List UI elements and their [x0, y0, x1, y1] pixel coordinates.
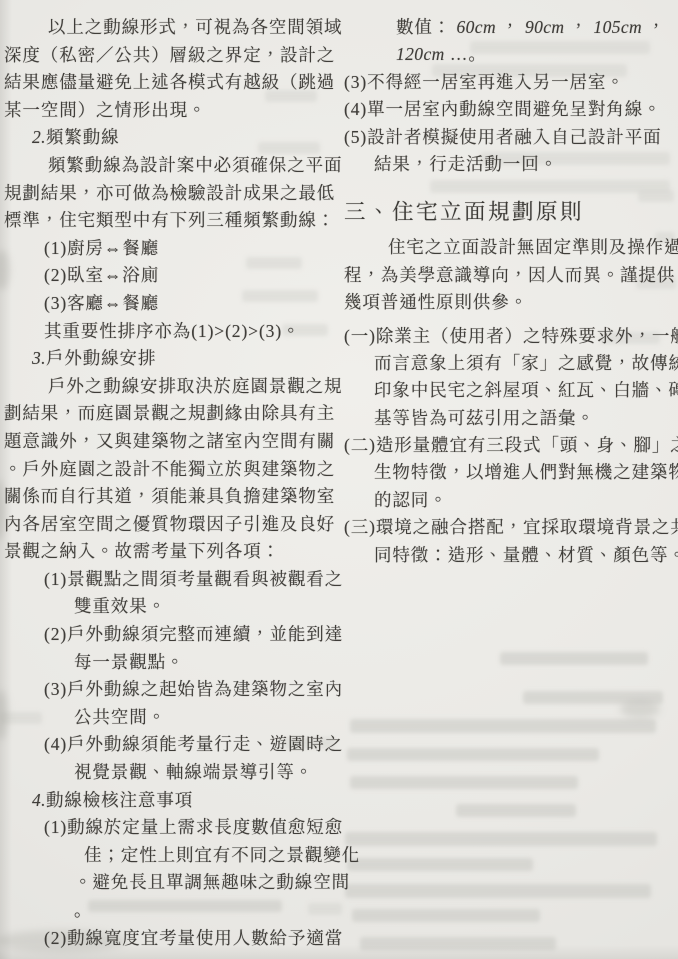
text-line: 的認同。 — [344, 487, 678, 514]
text-line: 某一空間）之情形出現。 — [4, 97, 342, 125]
text-line: 規劃結果，亦可做為檢驗設計成果之最低 — [4, 180, 342, 208]
text-line: 關係而自行其道，須能兼具負擔建築物室 — [4, 483, 342, 511]
text-line: 同特徵：造形、量體、材質、顏色等。 — [344, 542, 678, 569]
text-line: 幾項普通性原則供參。 — [344, 289, 678, 316]
text-line: 公共空間。 — [4, 704, 342, 732]
text-line: 程，為美學意識導向，因人而異。謹提供 — [344, 262, 678, 289]
text-segment: 頻繁動線 — [46, 127, 120, 147]
text-line: 數值： 60cm ， 90cm ， 105cm ， — [344, 14, 678, 41]
text-segment: ， — [496, 17, 525, 37]
latin-numeral-segment: 120cm — [396, 44, 445, 64]
text-line: 雙重效果。 — [4, 593, 342, 621]
text-line: 景觀之納入。故需考量下列各項： — [4, 538, 342, 566]
text-line: (2)動線寬度宜考量使用人數給予適當 — [4, 925, 342, 953]
text-line: (4)户外動線須能考量行走、遊園時之 — [4, 731, 342, 759]
text-line: 結果應儘量避免上述各模式有越級（跳過 — [4, 69, 342, 97]
text-line: 題意識外，又與建築物之諸室內空間有關 — [4, 428, 342, 456]
text-line: 生物特徵，以增進人們對無機之建築物 — [344, 459, 678, 486]
text-line: 結果，行走活動一回。 — [344, 151, 678, 178]
text-line: 。避免長且單調無趣味之動線空間 — [4, 869, 342, 897]
text-line: (1)廚房⇔餐廳 — [4, 235, 342, 263]
text-segment: ， — [642, 17, 666, 37]
text-line: (1)動線於定量上需求長度數值愈短愈 — [4, 814, 342, 842]
text-line: 視覺景觀、軸線端景導引等。 — [4, 759, 342, 787]
latin-numeral-segment: 60cm — [456, 17, 496, 37]
text-line: (5)設計者模擬使用者融入自己設計平面 — [344, 124, 678, 151]
text-line: 4.動線檢核注意事項 — [4, 787, 342, 815]
latin-numeral-segment: 2. — [32, 127, 46, 147]
text-line: 住宅之立面設計無固定準則及操作過 — [344, 234, 678, 261]
text-line: (4)單一居室內動線空間避免呈對角線。 — [344, 96, 678, 123]
text-line: 。 — [4, 897, 342, 925]
text-line: (3)不得經一居室再進入另一居室。 — [344, 69, 678, 96]
text-line: 基等皆為可茲引用之語彙。 — [344, 405, 678, 432]
text-line: (三)環境之融合搭配，宜採取環境背景之共 — [344, 514, 678, 541]
text-line: 印象中民宅之斜屋項、紅瓦、白牆、磚 — [344, 377, 678, 404]
text-segment: 户外動線安排 — [46, 348, 156, 368]
text-line: 其重要性排序亦為(1)>(2)>(3)。 — [4, 318, 342, 346]
text-line: (一)除業主（使用者）之特殊要求外，一般 — [344, 323, 678, 350]
text-line: (二)造形量體宜有三段式「頭、身、腳」之 — [344, 432, 678, 459]
text-line: 深度（私密／公共）層級之界定，設計之 — [4, 42, 342, 70]
text-line: (1)景觀點之間須考量觀看與被觀看之 — [4, 566, 342, 594]
text-line: 佳；定性上則宜有不同之景觀變化 — [4, 842, 342, 870]
latin-numeral-segment: 105cm — [593, 17, 642, 37]
section-heading: 三、住宅立面規劃原則 — [344, 194, 678, 230]
text-line: 2.頻繁動線 — [4, 124, 342, 152]
text-line: 標準，住宅類型中有下列三種頻繁動線： — [4, 207, 342, 235]
text-line: 而言意象上須有「家」之感覺，故傳統 — [344, 350, 678, 377]
latin-numeral-segment: 3. — [32, 348, 46, 368]
text-line: 以上之動線形式，可視為各空間領域 — [4, 14, 342, 42]
scanned-page: 以上之動線形式，可視為各空間領域深度（私密／公共）層級之界定，設計之結果應儘量避… — [0, 0, 678, 959]
text-line: (2)臥室⇔浴廁 — [4, 262, 342, 290]
latin-numeral-segment: 90cm — [525, 17, 565, 37]
left-text-column: 以上之動線形式，可視為各空間領域深度（私密／公共）層級之界定，設計之結果應儘量避… — [4, 14, 342, 952]
text-line: 户外之動線安排取決於庭園景觀之規 — [4, 373, 342, 401]
text-line: (3)户外動線之起始皆為建築物之室內 — [4, 676, 342, 704]
latin-numeral-segment: 4. — [32, 790, 46, 810]
text-line: 3.户外動線安排 — [4, 345, 342, 373]
text-segment: ， — [564, 17, 593, 37]
text-line: 劃結果，而庭園景觀之規劃緣由除具有主 — [4, 400, 342, 428]
text-segment: 動線檢核注意事項 — [46, 790, 193, 810]
text-line: (2)户外動線須完整而連續，並能到達 — [4, 621, 342, 649]
text-segment: 數值： — [396, 17, 456, 37]
text-line: (3)客廳⇔餐廳 — [4, 290, 342, 318]
text-line: 頻繁動線為設計案中必須確保之平面 — [4, 152, 342, 180]
text-line: 內各居室空間之優質物環因子引進及良好 — [4, 511, 342, 539]
text-segment: …。 — [445, 44, 487, 64]
text-line: 每一景觀點。 — [4, 649, 342, 677]
right-text-column: 數值： 60cm ， 90cm ， 105cm ，120cm …。(3)不得經一… — [344, 14, 678, 569]
text-line: 。户外庭園之設計不能獨立於與建築物之 — [4, 456, 342, 484]
text-line: 120cm …。 — [344, 41, 678, 68]
